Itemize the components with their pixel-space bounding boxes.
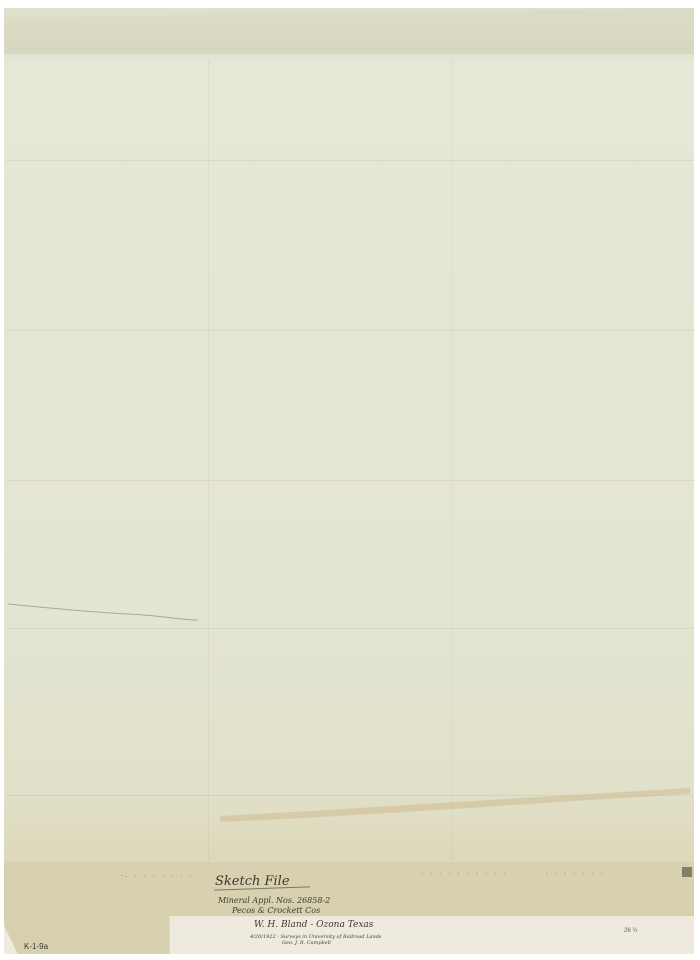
annotation-line: Mineral Appl. Nos. 26858-2 bbox=[218, 896, 330, 905]
top-tape-band bbox=[4, 8, 694, 54]
reference-code: K-1-9a bbox=[24, 942, 48, 951]
annotation-line: Pecos & Crockett Cos bbox=[232, 906, 320, 915]
annotation-line: W. H. Bland - Ozona Texas bbox=[254, 920, 373, 930]
fold-line bbox=[6, 628, 694, 629]
fold-line bbox=[6, 160, 694, 161]
faint-marks: - - - - - - - bbox=[545, 870, 605, 877]
fold-line bbox=[452, 60, 453, 860]
fold-line bbox=[6, 480, 694, 481]
fold-line bbox=[6, 330, 694, 331]
faint-marks: -. . . . . . . . . bbox=[120, 872, 203, 879]
ink-blot bbox=[682, 867, 692, 877]
faint-marks: - - - - - - - - - - bbox=[420, 870, 507, 877]
fold-line bbox=[208, 60, 209, 860]
annotation-line: Geo. J. R. Campbell bbox=[282, 940, 331, 946]
corner-mark: 26 ½ bbox=[624, 928, 637, 934]
paper-crack bbox=[8, 602, 198, 622]
water-stain bbox=[220, 786, 690, 822]
